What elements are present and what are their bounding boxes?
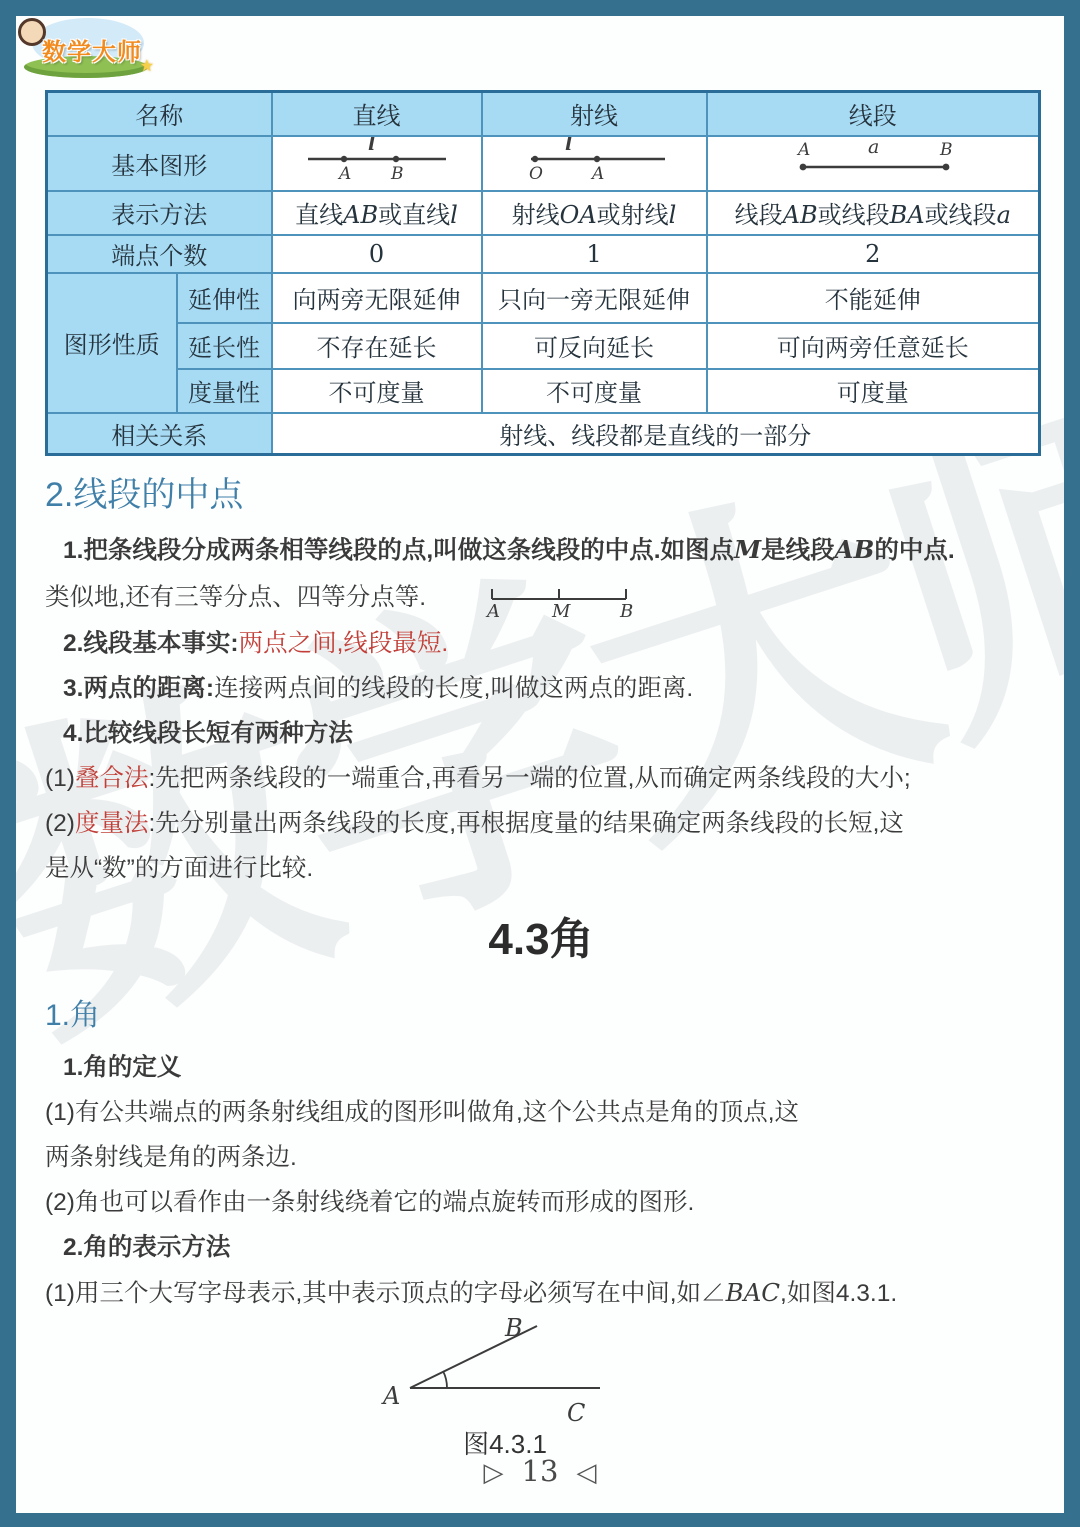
star-icon: ★: [140, 56, 154, 76]
table-row-endpoints: 端点个数 0 1 2: [47, 235, 1040, 273]
chapter-title: 4.3角: [45, 911, 1037, 969]
angle-definition-heading: 1.角的定义: [45, 1045, 1037, 1090]
svg-text:O: O: [529, 164, 543, 183]
line-figure-svg: l A B: [292, 137, 462, 183]
overlap-method: (1)叠合法:先把两条线段的一端重合,再看另一端的位置,从而确定两条线段的大小;: [45, 756, 1037, 801]
label-relation: 相关关系: [47, 413, 272, 455]
relation-value: 射线、线段都是直线的一部分: [272, 413, 1040, 455]
brand-logo: 数学大师 ★: [18, 16, 156, 78]
figure-line: l A B: [272, 136, 482, 191]
figure-ray: l O A: [482, 136, 707, 191]
svg-text:B: B: [619, 601, 633, 621]
midpoint-definition: 1.把条线段分成两条相等线段的点,叫做这条线段的中点.如图点M是线段AB的中点.: [45, 527, 1037, 573]
notation-line: 直线AB或直线l: [272, 191, 482, 235]
svg-text:A: A: [485, 601, 500, 621]
notation-ray: 射线OA或射线l: [482, 191, 707, 235]
section-heading-angle: 1.角: [45, 995, 1037, 1037]
table-row-basic-figure: 基本图形 l A B l O A: [47, 136, 1040, 191]
table-row-extension: 图形性质 延伸性 向两旁无限延伸 只向一旁无限延伸 不能延伸: [47, 273, 1040, 323]
segment-basic-fact: 2.线段基本事实:两点之间,线段最短.: [45, 621, 1037, 666]
label-prolong: 延长性: [177, 323, 272, 369]
main-content: 2.线段的中点 1.把条线段分成两条相等线段的点,叫做这条线段的中点.如图点M是…: [45, 463, 1037, 1459]
svg-text:B: B: [390, 164, 404, 183]
svg-text:l: l: [368, 137, 375, 155]
svg-text:B: B: [939, 140, 953, 160]
prolong-line: 不存在延长: [272, 323, 482, 369]
lines-comparison-table: 名称 直线 射线 线段 基本图形 l A B: [45, 90, 1041, 456]
prolong-ray: 可反向延长: [482, 323, 707, 369]
angle-definition-1: (1)有公共端点的两条射线组成的图形叫做角,这个公共点是角的顶点,这: [45, 1090, 1037, 1135]
table-row-notation: 表示方法 直线AB或直线l 射线OA或射线l 线段AB或线段BA或线段a: [47, 191, 1040, 235]
svg-text:C: C: [567, 1399, 585, 1424]
svg-text:A: A: [796, 140, 810, 160]
midpoint-figure-svg: A M B: [484, 579, 634, 621]
page-footer: ▷ 13 ◁: [16, 1454, 1064, 1489]
label-notation: 表示方法: [47, 191, 272, 235]
svg-text:a: a: [868, 137, 879, 158]
angle-definition-2: (2)角也可以看作由一条射线绕着它的端点旋转而形成的图形.: [45, 1180, 1037, 1225]
header-cell-ray: 射线: [482, 92, 707, 136]
prolong-segment: 可向两旁任意延长: [707, 323, 1040, 369]
angle-figure-svg: A B C: [355, 1316, 655, 1424]
next-page-icon: ◁: [577, 1457, 597, 1487]
paper: 数学大师 数学大师 ★ 名称 直线 射线 线段 基本图形: [16, 16, 1064, 1513]
ray-figure-svg: l O A: [509, 137, 679, 183]
svg-text:A: A: [337, 164, 351, 183]
segment-figure-svg: A a B: [758, 137, 988, 183]
measure-segment: 可度量: [707, 369, 1040, 413]
two-points-distance: 3.两点的距离:连接两点间的线段的长度,叫做这两点的距离.: [45, 666, 1037, 711]
svg-text:A: A: [381, 1382, 400, 1410]
endpoints-line: 0: [272, 235, 482, 273]
compare-methods-heading: 4.比较线段长短有两种方法: [45, 711, 1037, 756]
svg-text:M: M: [551, 601, 571, 621]
extension-line: 向两旁无限延伸: [272, 273, 482, 323]
label-basic-figure: 基本图形: [47, 136, 272, 191]
label-properties: 图形性质: [47, 273, 177, 413]
page-number: 13: [522, 1454, 559, 1488]
endpoints-segment: 2: [707, 235, 1040, 273]
notation-segment: 线段AB或线段BA或线段a: [707, 191, 1040, 235]
endpoints-ray: 1: [482, 235, 707, 273]
angle-figure: A B C 图4.3.1: [355, 1316, 655, 1459]
label-endpoints: 端点个数: [47, 235, 272, 273]
svg-text:A: A: [590, 164, 604, 183]
extension-ray: 只向一旁无限延伸: [482, 273, 707, 323]
header-cell-name: 名称: [47, 92, 272, 136]
table-row-measure: 度量性 不可度量 不可度量 可度量: [47, 369, 1040, 413]
midpoint-continuation: 类似地,还有三等分点、四等分点等. A M B: [45, 573, 1037, 621]
svg-text:B: B: [504, 1316, 523, 1342]
measure-line: 不可度量: [272, 369, 482, 413]
table-row-prolong: 延长性 不存在延长 可反向延长 可向两旁任意延长: [47, 323, 1040, 369]
figure-segment: A a B: [707, 136, 1040, 191]
angle-notation-heading: 2.角的表示方法: [45, 1225, 1037, 1270]
prev-page-icon: ▷: [483, 1457, 503, 1487]
table-row-header: 名称 直线 射线 线段: [47, 92, 1040, 136]
header-cell-line: 直线: [272, 92, 482, 136]
midpoint-continuation-text: 类似地,还有三等分点、四等分点等.: [45, 575, 426, 620]
measure-ray: 不可度量: [482, 369, 707, 413]
angle-definition-1b: 两条射线是角的两条边.: [45, 1135, 1037, 1180]
section-heading-midpoint: 2.线段的中点: [45, 475, 1037, 515]
header-cell-segment: 线段: [707, 92, 1040, 136]
table-row-relation: 相关关系 射线、线段都是直线的一部分: [47, 413, 1040, 455]
logo-title: 数学大师: [42, 32, 142, 67]
svg-text:l: l: [565, 137, 572, 155]
measure-method: (2)度量法:先分别量出两条线段的长度,再根据度量的结果确定两条线段的长短,这: [45, 801, 1037, 846]
document-page: 数学大师 数学大师 ★ 名称 直线 射线 线段 基本图形: [0, 0, 1080, 1527]
label-extension: 延伸性: [177, 273, 272, 323]
extension-segment: 不能延伸: [707, 273, 1040, 323]
angle-notation-1: (1)用三个大写字母表示,其中表示顶点的字母必须写在中间,如∠BAC,如图4.3…: [45, 1270, 1037, 1316]
label-measure: 度量性: [177, 369, 272, 413]
measure-method-continuation: 是从“数”的方面进行比较.: [45, 846, 1037, 891]
